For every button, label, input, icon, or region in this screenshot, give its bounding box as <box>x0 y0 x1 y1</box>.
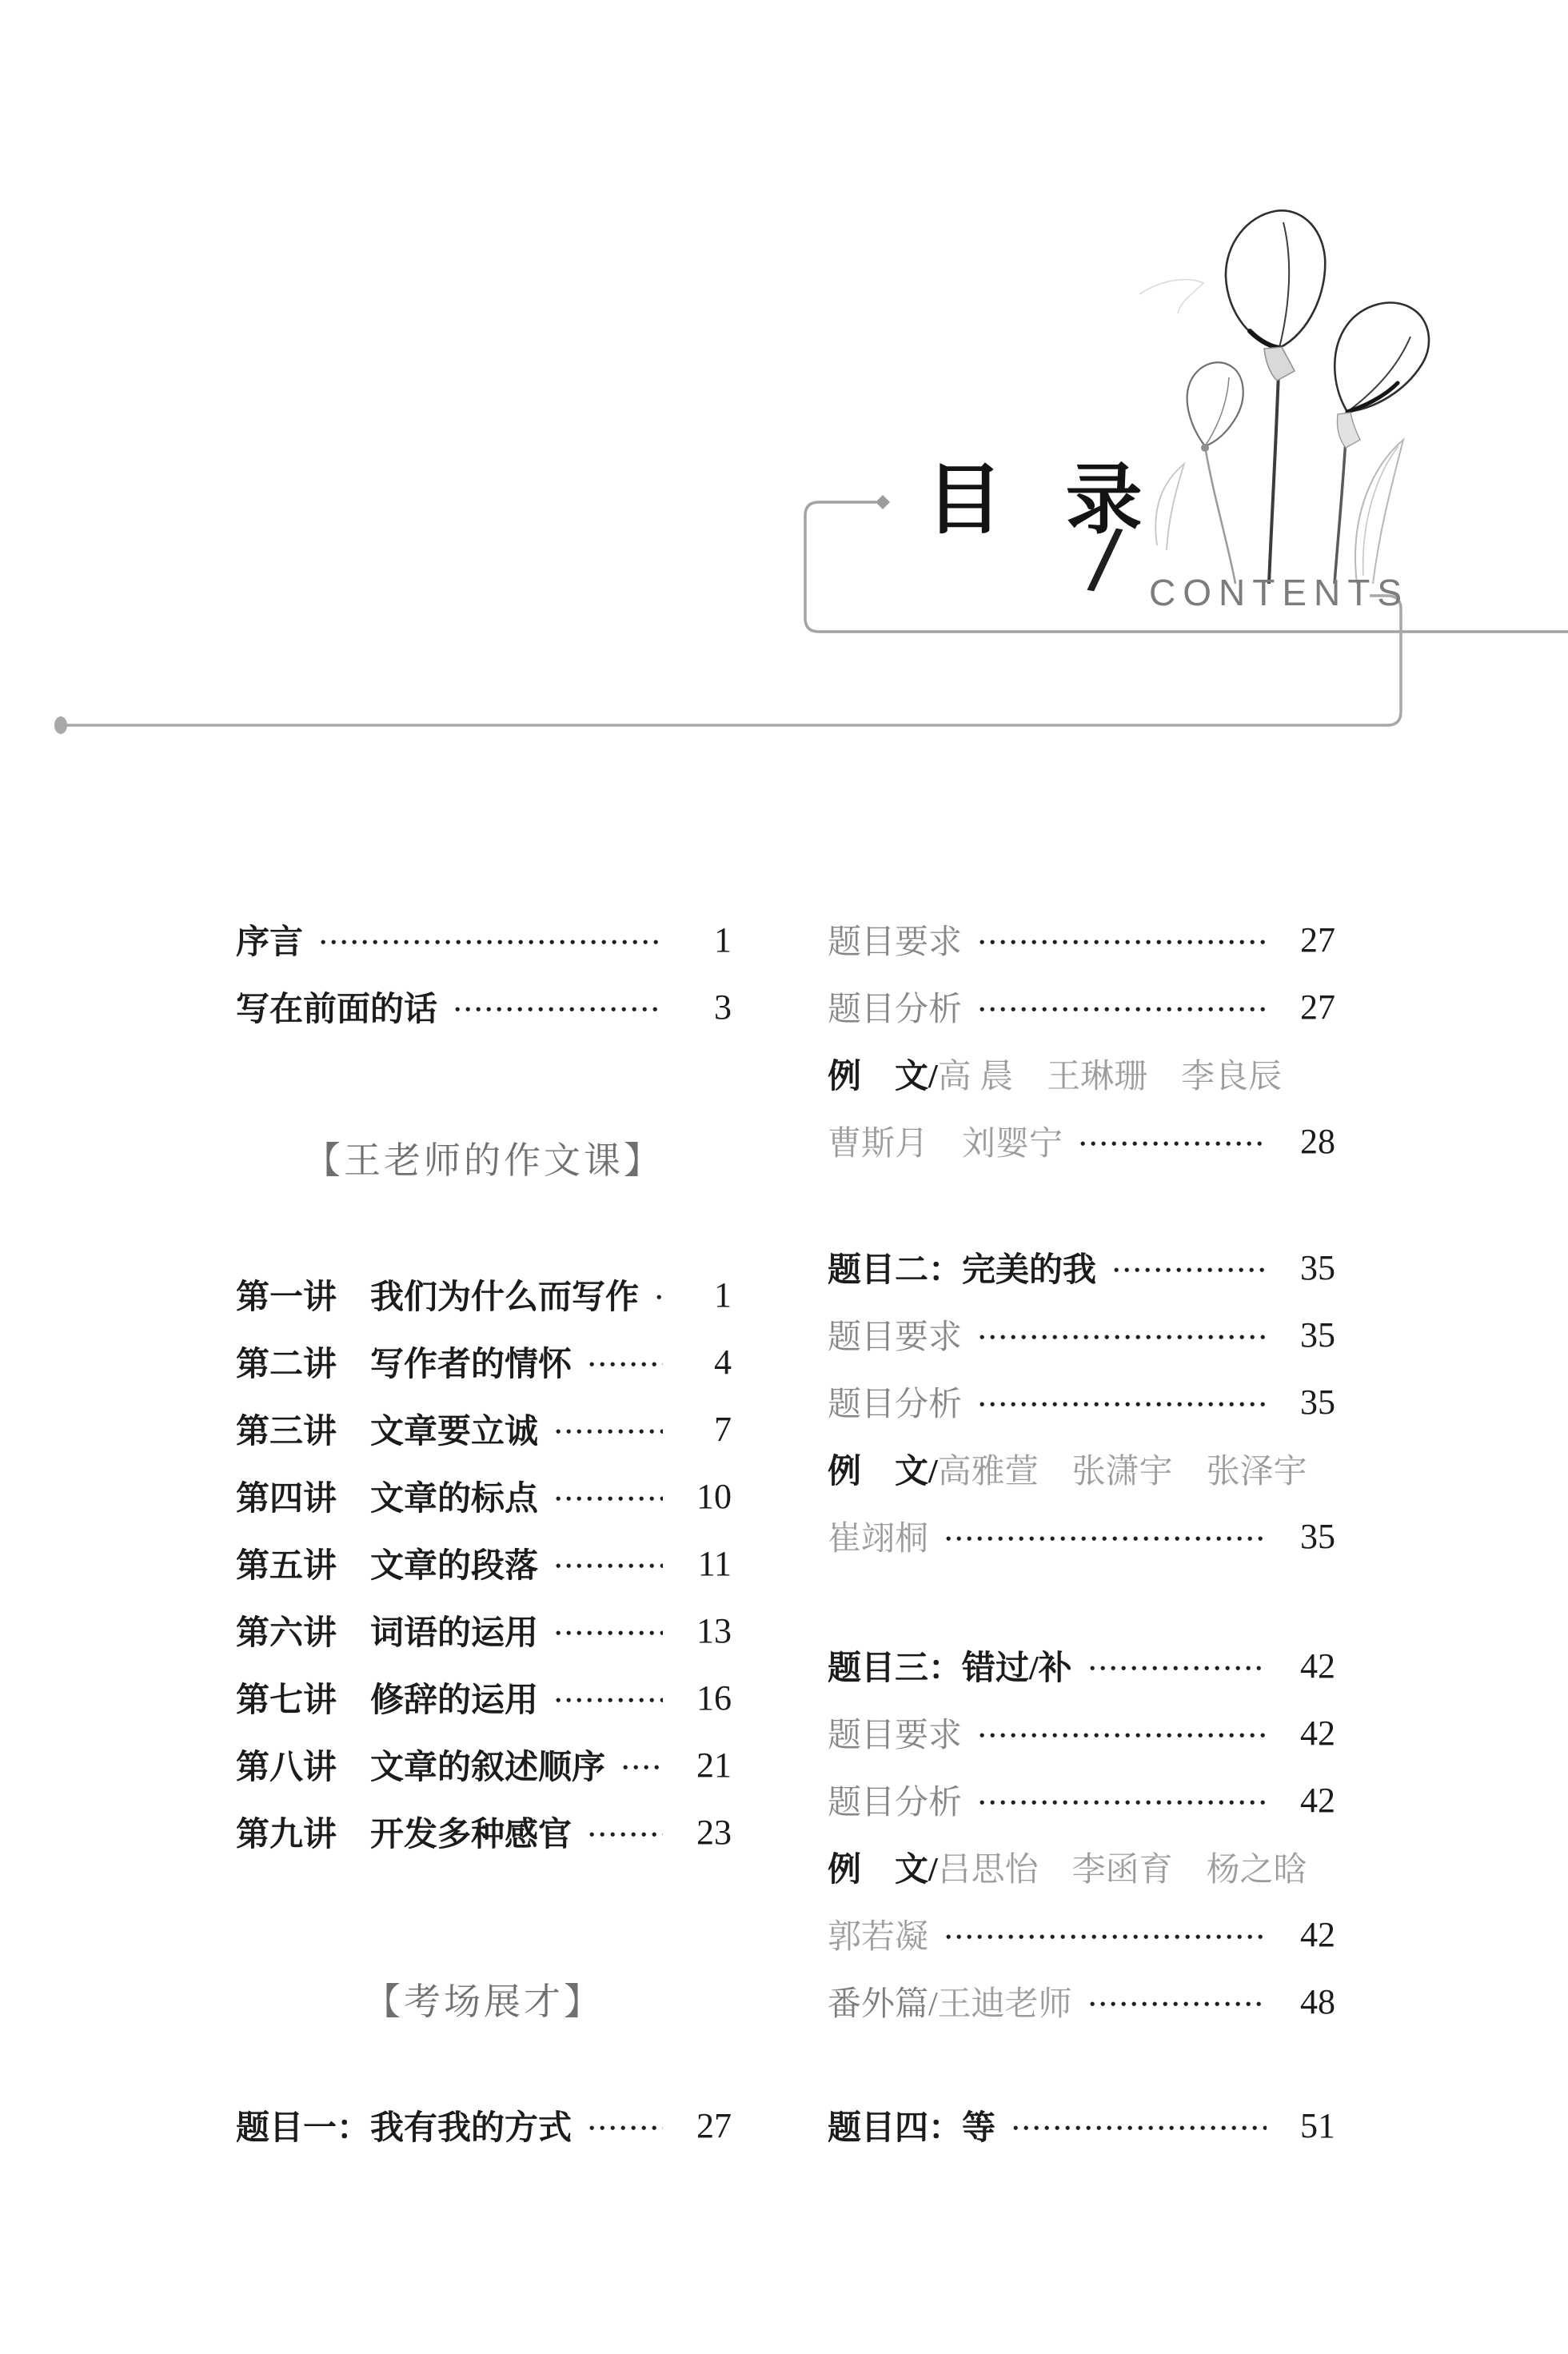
dot-leader <box>980 940 1267 945</box>
entry-label: 第八讲 文章的叙述顺序 <box>236 1741 605 1789</box>
entry-page: 27 <box>1279 920 1335 960</box>
entry-page: 7 <box>676 1409 732 1450</box>
entry-label: 曹斯月 刘婴宁 <box>828 1117 1063 1165</box>
diamond-cap <box>876 495 890 509</box>
dot-leader <box>556 1698 663 1703</box>
spathe-left-node <box>1201 444 1209 452</box>
toc-entry: 题目三：错过/补 42 <box>828 1632 1335 1699</box>
dot-leader <box>1114 1267 1267 1273</box>
entry-label: 题目分析 <box>828 983 962 1031</box>
toc-byline: 例 文/ 高 晨 王琳珊 李良辰 <box>828 1040 1335 1107</box>
calla-lily-illustration <box>1107 200 1483 592</box>
spathe-right-roll <box>1337 413 1360 448</box>
toc-page: 目 录 / CONTENTS 序言 1 写在前面的话 3 【王老师的作文课】 第… <box>0 0 1568 2354</box>
section-header: 【王老师的作文课】 <box>236 1124 732 1191</box>
entry-label: 第五讲 文章的段落 <box>236 1539 538 1587</box>
contents-bracket-line <box>66 596 1401 725</box>
toc-entry: 题目要求 42 <box>828 1699 1335 1766</box>
toc-left-column: 序言 1 写在前面的话 3 【王老师的作文课】 第一讲 我们为什么而写作 1 第… <box>236 906 732 2159</box>
entry-label: 题目要求 <box>828 1709 962 1757</box>
entry-page: 1 <box>676 1275 732 1315</box>
toc-entry: 题目分析 42 <box>828 1766 1335 1833</box>
entry-label: 序言 <box>236 916 303 964</box>
section-header: 【考场展才】 <box>236 1965 732 2033</box>
entry-page: 21 <box>676 1745 732 1785</box>
toc-entry: 第一讲 我们为什么而写作 1 <box>236 1261 732 1328</box>
entry-page: 16 <box>676 1678 732 1718</box>
byline-names: 吕思怡 李函育 杨之晗 <box>938 1843 1307 1891</box>
dot-leader <box>556 1496 663 1502</box>
toc-entry: 第二讲 写作者的情怀 4 <box>236 1328 732 1395</box>
dot-leader <box>946 1536 1267 1542</box>
entry-label: 第六讲 词语的运用 <box>236 1606 538 1654</box>
dot-leader <box>589 1362 663 1367</box>
dot-leader <box>946 1934 1267 1940</box>
entry-page: 35 <box>1279 1516 1335 1557</box>
entry-page: 3 <box>676 987 732 1027</box>
entry-page: 42 <box>1279 1713 1335 1754</box>
entry-label: 第二讲 写作者的情怀 <box>236 1338 572 1386</box>
toc-entry: 第六讲 词语的运用 13 <box>236 1597 732 1664</box>
toc-entry: 题目要求 27 <box>828 906 1335 973</box>
toc-byline: 例 文/ 吕思怡 李函育 杨之晗 <box>828 1833 1335 1901</box>
entry-label: 题目分析 <box>828 1378 962 1426</box>
entry-page: 27 <box>1279 987 1335 1027</box>
dot-leader <box>656 1295 663 1300</box>
dot-leader <box>980 1800 1267 1805</box>
toc-entry: 第九讲 开发多种感官 23 <box>236 1798 732 1865</box>
entry-label: 题目一：我有我的方式 <box>236 2101 572 2149</box>
toc-entry: 第七讲 修辞的运用 16 <box>236 1664 732 1731</box>
entry-label: 郭若凝 <box>828 1910 928 1958</box>
entry-label: 题目分析 <box>828 1776 962 1824</box>
toc-entry: 写在前面的话 3 <box>236 973 732 1040</box>
toc-entry: 题目分析 35 <box>828 1368 1335 1435</box>
toc-entry: 第五讲 文章的段落 11 <box>236 1530 732 1597</box>
entry-page: 42 <box>1279 1780 1335 1821</box>
dot-leader <box>980 1007 1267 1012</box>
toc-right-column: 题目要求 27 题目分析 27 例 文/ 高 晨 王琳珊 李良辰 曹斯月 刘婴宁… <box>828 906 1335 2159</box>
dot-leader <box>321 940 663 945</box>
dot-leader <box>455 1007 663 1012</box>
spathe-main <box>1226 210 1325 348</box>
dot-leader <box>980 1733 1267 1738</box>
entry-label: 第三讲 文章要立诚 <box>236 1405 538 1453</box>
byline-names: 王迪老师 <box>938 1977 1072 2025</box>
toc-entry: 第八讲 文章的叙述顺序 21 <box>236 1731 732 1798</box>
entry-page: 4 <box>676 1342 732 1382</box>
entry-page: 11 <box>676 1543 732 1584</box>
entry-label: 写在前面的话 <box>236 983 437 1031</box>
dot-leader <box>556 1630 663 1636</box>
entry-page: 1 <box>676 920 732 960</box>
byline-prefix: 番外篇/ <box>828 1977 938 2025</box>
spathe-left <box>1187 362 1243 446</box>
dot-leader <box>589 1832 663 1837</box>
entry-page: 51 <box>1279 2105 1335 2146</box>
entry-label: 题目要求 <box>828 916 962 964</box>
entry-label: 题目要求 <box>828 1311 962 1359</box>
toc-entry: 番外篇/ 王迪老师 48 <box>828 1968 1335 2035</box>
toc-byline: 例 文/ 高雅萱 张潇宇 张泽宇 <box>828 1435 1335 1502</box>
entry-page: 13 <box>676 1610 732 1651</box>
byline-names: 高雅萱 张潇宇 张泽宇 <box>938 1445 1307 1493</box>
dot-leader <box>1090 2001 1267 2007</box>
entry-page: 42 <box>1279 1914 1335 1955</box>
sketch-line <box>1139 280 1203 313</box>
entry-label: 题目四：等 <box>828 2101 995 2149</box>
byline-prefix: 例 文/ <box>828 1843 938 1891</box>
page-title: 目 录 <box>926 462 1163 539</box>
toc-entry: 题目要求 35 <box>828 1301 1335 1368</box>
dot-leader <box>623 1765 663 1770</box>
entry-label: 第七讲 修辞的运用 <box>236 1674 538 1722</box>
contents-subtitle: CONTENTS <box>1149 574 1409 611</box>
entry-page: 42 <box>1279 1646 1335 1686</box>
byline-prefix: 例 文/ <box>828 1050 938 1098</box>
dot-leader <box>1013 2125 1267 2131</box>
entry-label: 题目二：完美的我 <box>828 1243 1096 1291</box>
entry-page: 35 <box>1279 1315 1335 1355</box>
dot-leader <box>556 1563 663 1569</box>
byline-prefix: 例 文/ <box>828 1445 938 1493</box>
toc-entry: 第四讲 文章的标点 10 <box>236 1462 732 1530</box>
stem-main <box>1269 348 1279 584</box>
dot-leader <box>556 1429 663 1434</box>
entry-label: 第四讲 文章的标点 <box>236 1472 538 1520</box>
entry-label: 崔翊桐 <box>828 1512 928 1560</box>
entry-page: 48 <box>1279 1981 1335 2022</box>
toc-entry: 郭若凝 42 <box>828 1901 1335 1968</box>
dot-leader <box>980 1402 1267 1407</box>
oval-cap <box>54 716 67 734</box>
toc-entry: 序言 1 <box>236 906 732 973</box>
entry-page: 35 <box>1279 1382 1335 1422</box>
entry-label: 题目三：错过/补 <box>828 1642 1072 1690</box>
byline-names: 高 晨 王琳珊 李良辰 <box>938 1050 1283 1098</box>
toc-entry: 崔翊桐 35 <box>828 1502 1335 1570</box>
spathe-main-roll <box>1264 347 1295 381</box>
dot-leader <box>1090 1666 1267 1671</box>
dot-leader <box>589 2125 663 2131</box>
dot-leader <box>1080 1141 1267 1147</box>
entry-page: 28 <box>1279 1121 1335 1162</box>
toc-entry: 曹斯月 刘婴宁 28 <box>828 1107 1335 1175</box>
toc-entry: 题目一：我有我的方式 27 <box>236 2092 732 2159</box>
toc-entry: 题目四：等 51 <box>828 2092 1335 2159</box>
entry-label: 第一讲 我们为什么而写作 <box>236 1271 639 1319</box>
entry-page: 27 <box>676 2105 732 2146</box>
entry-label: 第九讲 开发多种感官 <box>236 1808 572 1856</box>
entry-page: 23 <box>676 1812 732 1853</box>
entry-page: 35 <box>1279 1247 1335 1288</box>
stem-left <box>1205 446 1235 584</box>
toc-entry: 第三讲 文章要立诚 7 <box>236 1395 732 1462</box>
entry-page: 10 <box>676 1476 732 1517</box>
toc-entry: 题目二：完美的我 35 <box>828 1234 1335 1301</box>
toc-entry: 题目分析 27 <box>828 973 1335 1040</box>
dot-leader <box>980 1335 1267 1340</box>
